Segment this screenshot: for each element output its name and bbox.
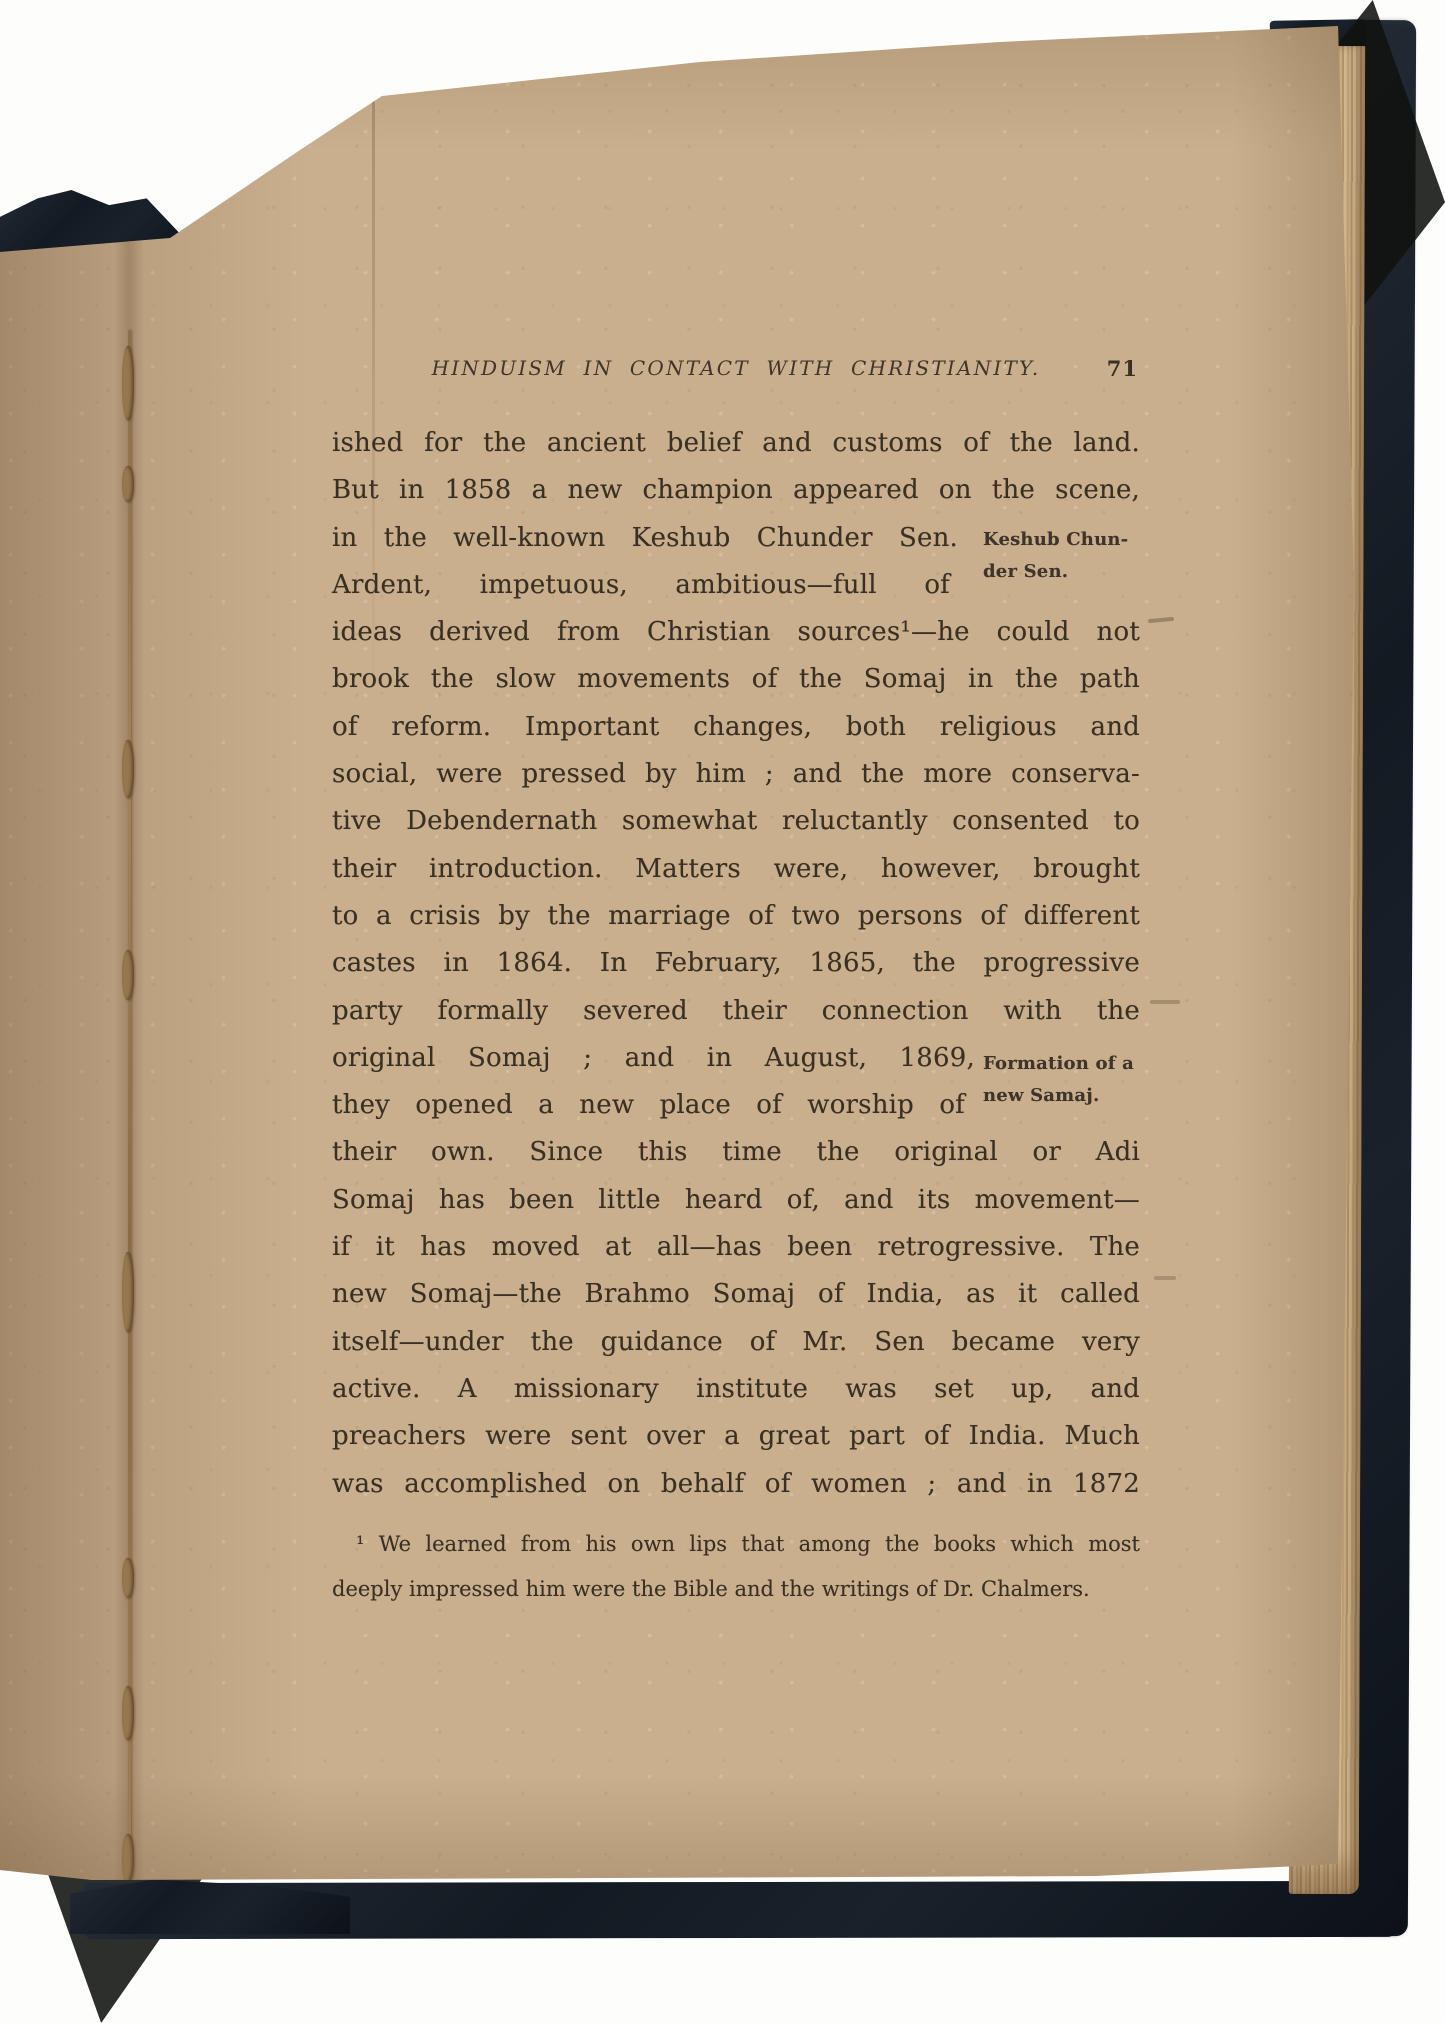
book-photo: HINDUISM IN CONTACT WITH CHRISTIANITY. 7…	[0, 0, 1445, 2023]
binding-thread-knot	[122, 346, 134, 420]
binding-thread	[128, 330, 131, 1875]
footnote-line: ¹ We learned from his own lips that amon…	[332, 1522, 1140, 1567]
text-line: of reform. Important changes, both relig…	[332, 704, 1140, 751]
text-line: was accomplished on behalf of women ; an…	[332, 1461, 1140, 1508]
gutter-shadow	[0, 0, 310, 1912]
binding-thread-knot	[122, 950, 134, 1000]
binding-thread-knot	[122, 1558, 134, 1598]
bottom-edge-shadow	[0, 1774, 1362, 1894]
text-line: preachers were sent over a great part of…	[332, 1413, 1140, 1460]
margin-note-line: new Samaj.	[983, 1080, 1153, 1112]
footnote-line: deeply impressed him were the Bible and …	[332, 1567, 1140, 1612]
binding-thread-knot	[122, 740, 134, 798]
margin-note-keshub: Keshub Chun- der Sen.	[983, 524, 1153, 588]
text-line: itself—under the guidance of Mr. Sen bec…	[332, 1319, 1140, 1366]
text-line: party formally severed their connection …	[332, 988, 1140, 1035]
stray-mark	[1150, 1000, 1180, 1004]
text-line: Somaj has been little heard of, and its …	[332, 1177, 1140, 1224]
text-line: tive Debendernath somewhat reluctantly c…	[332, 798, 1140, 845]
margin-note-line: der Sen.	[983, 556, 1153, 588]
text-line: ished for the ancient belief and customs…	[332, 420, 1140, 467]
text-line: new Somaj—the Brahmo Somaj of India, as …	[332, 1271, 1140, 1318]
binding-thread-knot	[122, 466, 134, 502]
text-line: in the well-known Keshub Chunder Sen.	[332, 515, 958, 562]
margin-note-line: Keshub Chun-	[983, 524, 1153, 556]
text-line: active. A missionary institute was set u…	[332, 1366, 1140, 1413]
binding-thread-knot	[122, 1252, 134, 1332]
text-line: to a crisis by the marriage of two perso…	[332, 893, 1140, 940]
text-line: if it has moved at all—has been retrogre…	[332, 1224, 1140, 1271]
book-cover-top-edge	[0, 0, 244, 152]
text-line: But in 1858 a new champion appeared on t…	[332, 467, 1140, 514]
running-header-title: HINDUISM IN CONTACT WITH CHRISTIANITY.	[432, 356, 1041, 380]
running-header: HINDUISM IN CONTACT WITH CHRISTIANITY. 7…	[332, 356, 1140, 392]
text-line: their introduction. Matters were, howeve…	[332, 846, 1140, 893]
margin-note-formation: Formation of a new Samaj.	[983, 1048, 1153, 1112]
page-number: 71	[1107, 356, 1138, 381]
book-page: HINDUISM IN CONTACT WITH CHRISTIANITY. 7…	[0, 0, 1362, 1912]
binding-thread-knot	[122, 1834, 134, 1882]
text-line: Ardent, impetuous, ambitious—full of	[332, 562, 950, 609]
text-line: castes in 1864. In February, 1865, the p…	[332, 940, 1140, 987]
binding-thread-knot	[122, 1686, 134, 1740]
footnote: ¹ We learned from his own lips that amon…	[332, 1522, 1140, 1612]
stray-mark	[1154, 1276, 1176, 1280]
text-line: brook the slow movements of the Somaj in…	[332, 656, 1140, 703]
text-line: ideas derived from Christian sources¹—he…	[332, 609, 1140, 656]
text-line: social, were pressed by him ; and the mo…	[332, 751, 1140, 798]
text-line: original Somaj ; and in August, 1869,	[332, 1035, 975, 1082]
text-line: their own. Since this time the original …	[332, 1129, 1140, 1176]
margin-note-line: Formation of a	[983, 1048, 1153, 1080]
text-line: they opened a new place of worship of	[332, 1082, 965, 1129]
